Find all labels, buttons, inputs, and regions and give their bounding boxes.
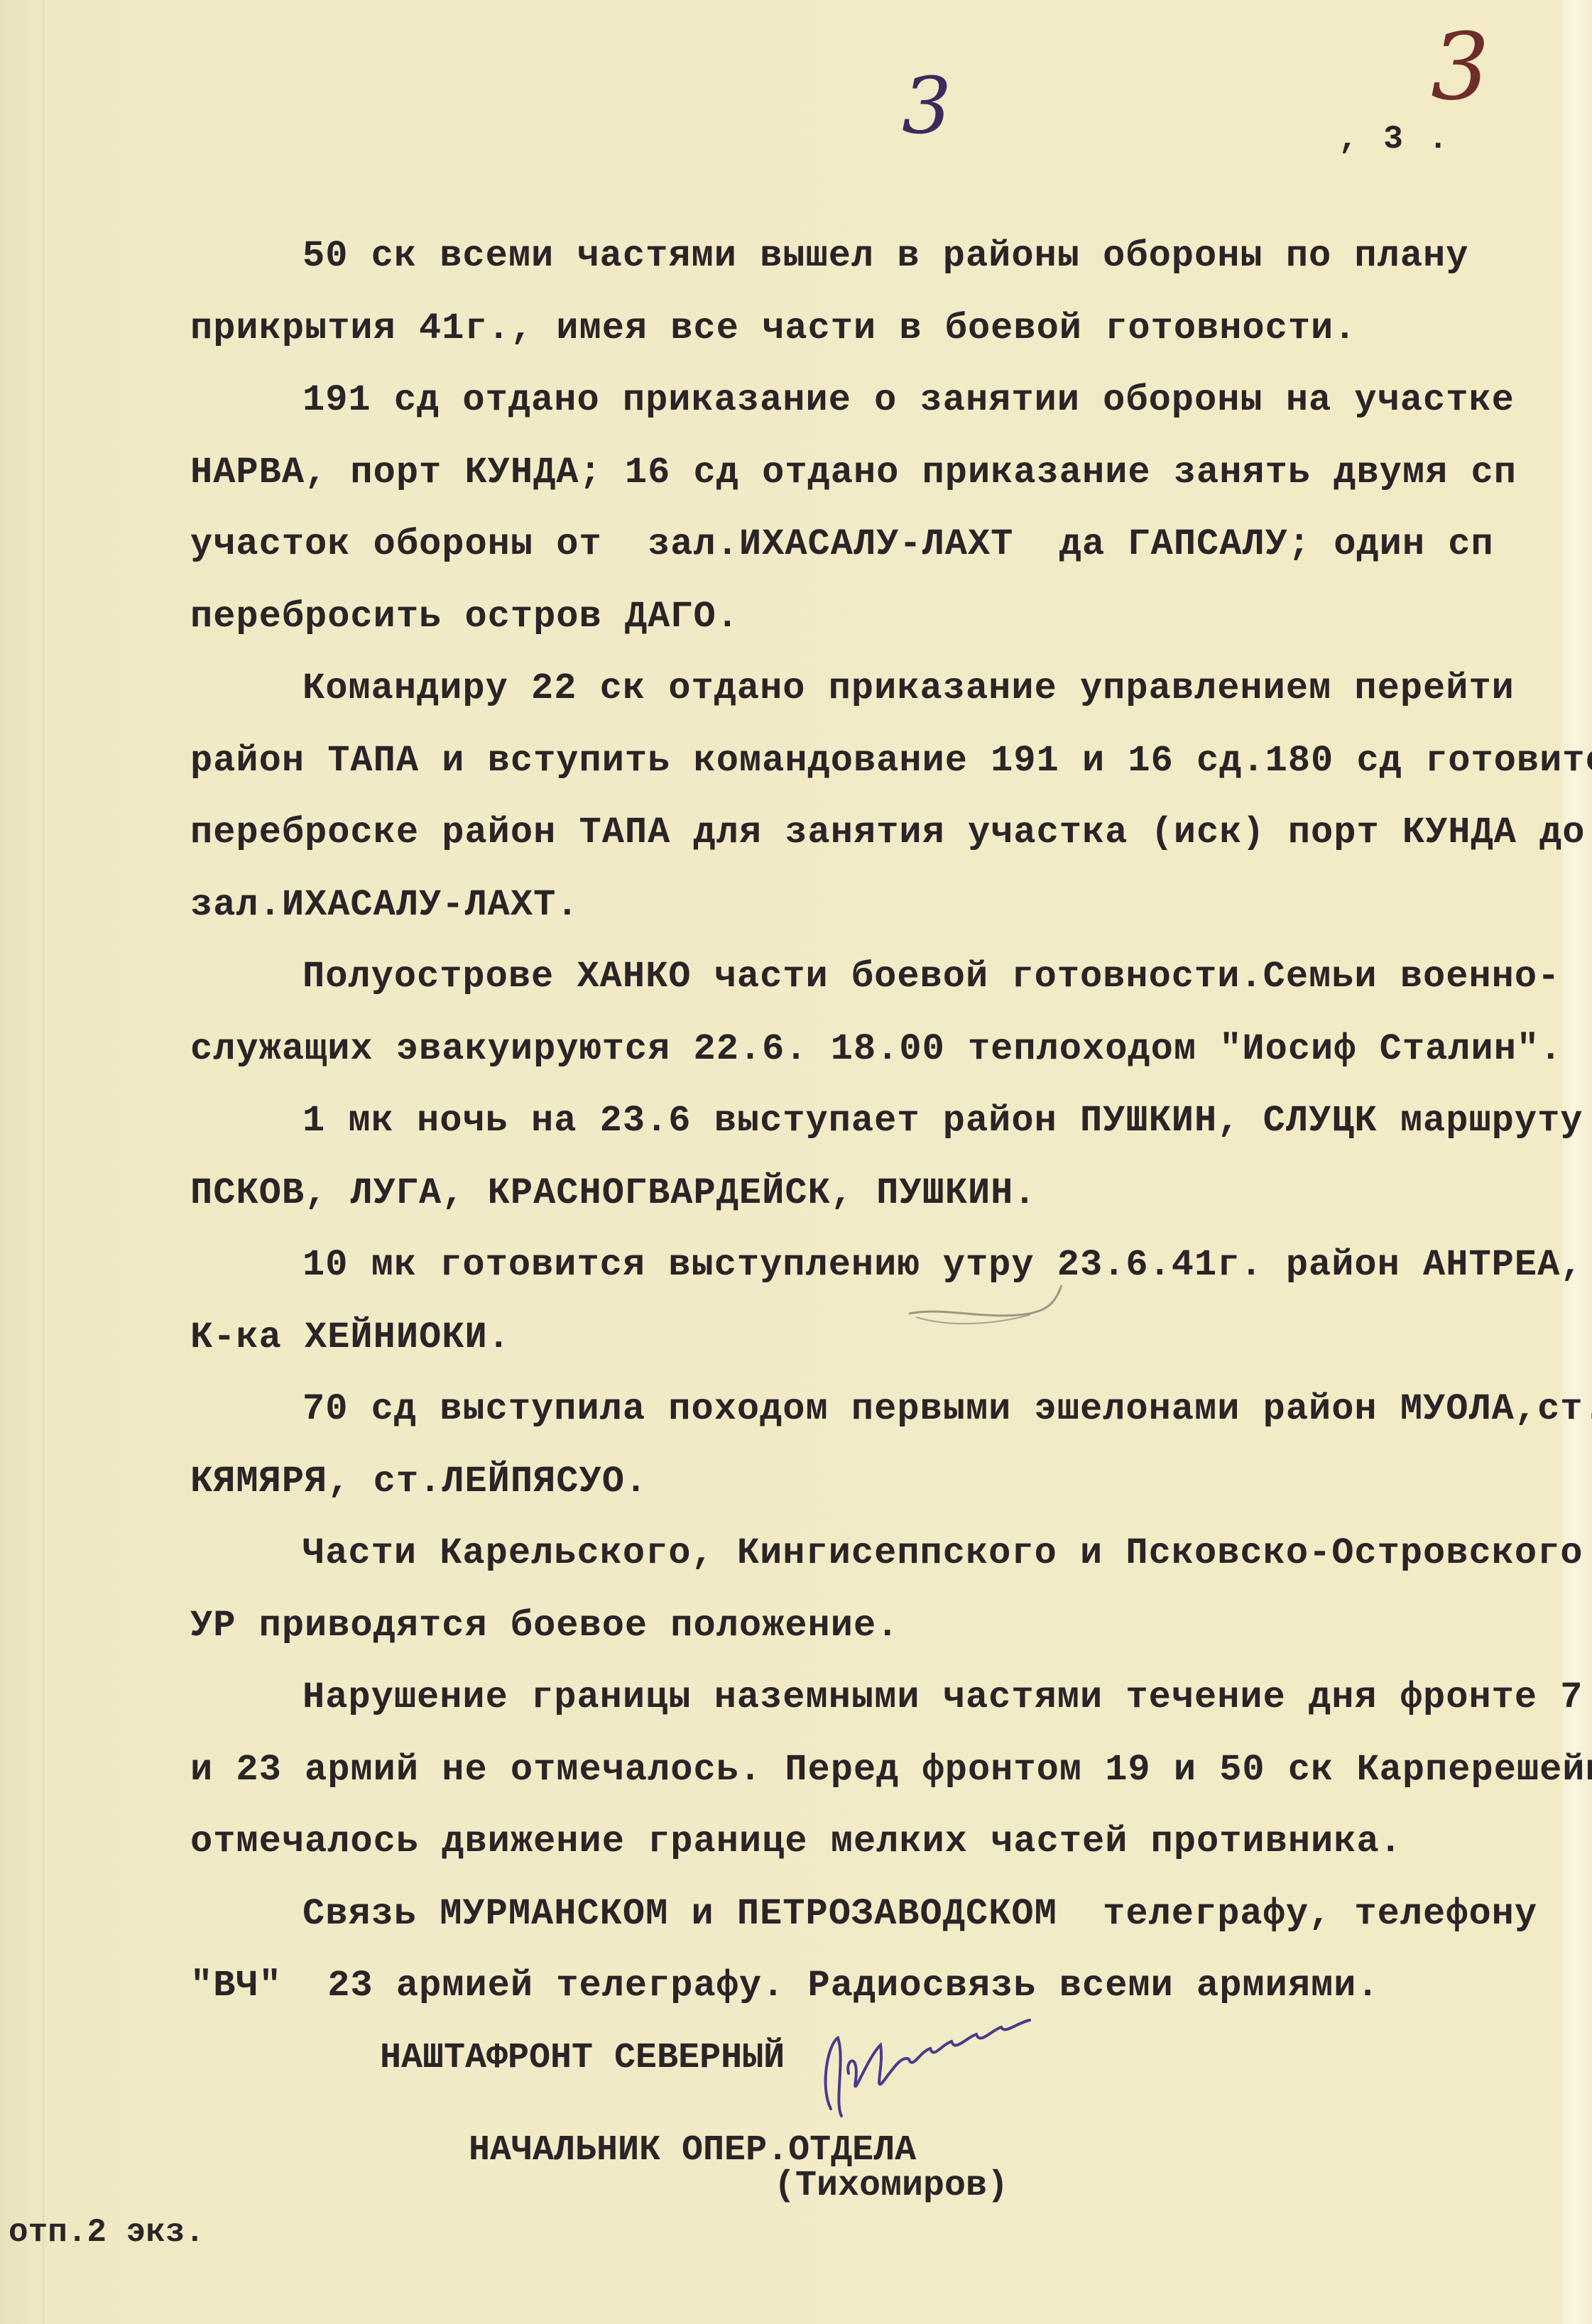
- ops-chief-name: (Тихомиров): [774, 2166, 1008, 2206]
- handwritten-archive-number: 3: [902, 60, 952, 151]
- text-line: служащих эвакуируются 22.6. 18.00 теплох…: [190, 1013, 1582, 1086]
- text-line: 191 сд отдано приказание о занятии оборо…: [190, 364, 1582, 437]
- handwritten-signature: [817, 2017, 1051, 2123]
- text-line: переброске район ТАПА для занятия участк…: [190, 797, 1582, 869]
- paper-fold: [43, 0, 44, 2324]
- text-line: район ТАПА и вступить командование 191 и…: [190, 725, 1582, 797]
- text-line: 50 ск всеми частями вышел в районы оборо…: [190, 220, 1582, 293]
- text-line: К-ка ХЕЙНИОКИ.: [190, 1302, 1582, 1374]
- pencil-mark: [902, 1285, 1101, 1335]
- text-line: отмечалось движение границе мелких часте…: [190, 1806, 1582, 1878]
- text-line: и 23 армий не отмечалось. Перед фронтом …: [190, 1734, 1582, 1806]
- typed-page-number: , 3 .: [1339, 121, 1451, 158]
- text-line: прикрытия 41г., имея все части в боевой …: [190, 293, 1582, 365]
- text-line: КЯМЯРЯ, ст.ЛЕЙПЯСУО.: [190, 1446, 1582, 1518]
- text-line: зал.ИХАСАЛУ-ЛАХТ.: [190, 869, 1582, 942]
- text-line: НАРВА, порт КУНДА; 16 сд отдано приказан…: [190, 437, 1582, 509]
- text-line: 1 мк ночь на 23.6 выступает район ПУШКИН…: [190, 1085, 1582, 1157]
- document-body: 50 ск всеми частями вышел в районы оборо…: [190, 220, 1582, 2022]
- ops-chief-title: НАЧАЛЬНИК ОПЕР.ОТДЕЛА: [469, 2130, 916, 2171]
- text-line: 10 мк готовится выступлению утру 23.6.41…: [190, 1229, 1582, 1302]
- copies-note: отп.2 экз.: [9, 2214, 205, 2251]
- text-line: 70 сд выступила походом первыми эшелонам…: [190, 1373, 1582, 1446]
- text-line: "ВЧ" 23 армией телеграфу. Радиосвязь все…: [190, 1950, 1582, 2022]
- text-line: УР приводятся боевое положение.: [190, 1590, 1582, 1662]
- text-line: Нарушение границы наземными частями тече…: [190, 1662, 1582, 1734]
- handwritten-folio-number: 3: [1431, 13, 1490, 121]
- text-line: Связь МУРМАНСКОМ и ПЕТРОЗАВОДСКОМ телегр…: [190, 1878, 1582, 1951]
- text-line: участок обороны от зал.ИХАСАЛУ-ЛАХТ да Г…: [190, 508, 1582, 581]
- text-line: Полуострове ХАНКО части боевой готовност…: [190, 941, 1582, 1013]
- text-line: Командиру 22 ск отдано приказание управл…: [190, 653, 1582, 725]
- text-line: ПСКОВ, ЛУГА, КРАСНОГВАРДЕЙСК, ПУШКИН.: [190, 1157, 1582, 1230]
- chief-of-staff-title: НАШТАФРОНТ СЕВЕРНЫЙ: [380, 2038, 785, 2078]
- text-line: перебросить остров ДАГО.: [190, 581, 1582, 653]
- text-line: Части Карельского, Кингисеппского и Пско…: [190, 1517, 1582, 1590]
